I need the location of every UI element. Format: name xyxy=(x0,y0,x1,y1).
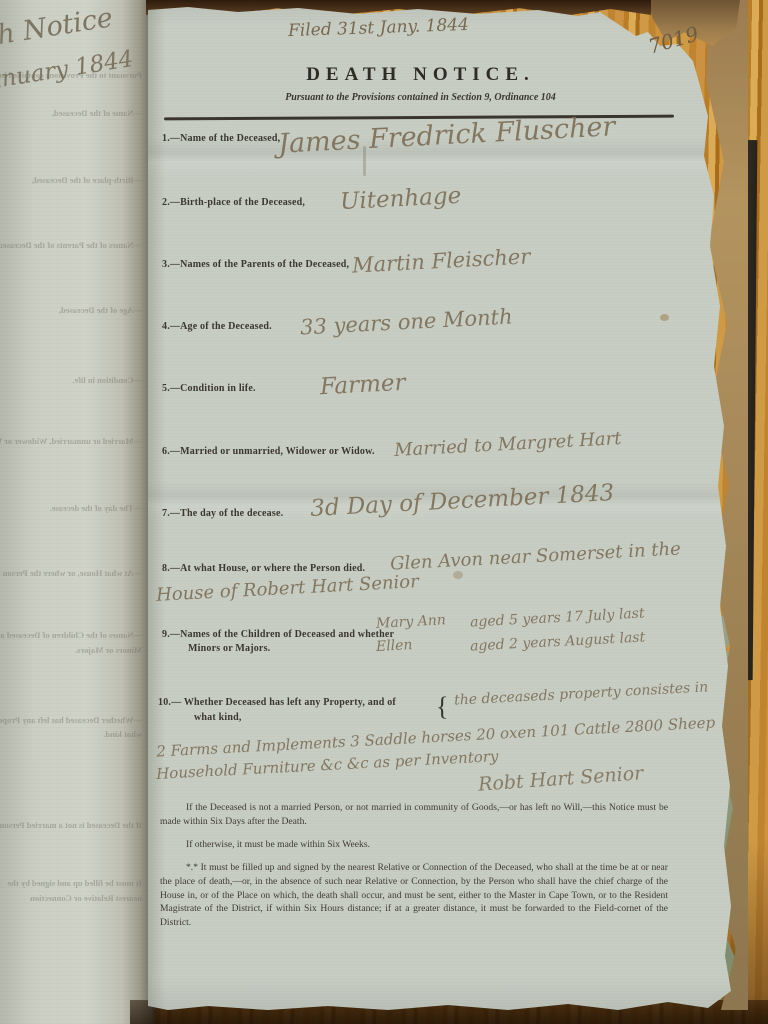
death-notice-page: Filed 31st Jany. 1844 DEATH NOTICE. Purs… xyxy=(148,6,733,1016)
answer-child1-detail: aged 5 years 17 July last xyxy=(470,605,645,630)
field-label-children-1: 9.—Names of the Children of Deceased and… xyxy=(162,629,394,640)
answer-property-1: the deceaseds property consistes in xyxy=(454,679,709,708)
brace-glyph: { xyxy=(436,692,448,722)
left-page-handwritten-title: th Notice xyxy=(0,2,115,53)
ghost-line: nearest Relative or Connection xyxy=(0,893,142,903)
signature: Robt Hart Senior xyxy=(477,762,643,795)
ghost-line: —Names of the Parents of the Deceased, xyxy=(0,240,142,250)
ghost-line: —Names of the Children of Deceased and xyxy=(0,630,142,640)
answer-child1-name: Mary Ann xyxy=(376,612,447,632)
field-label-marital: 6.—Married or unmarried, Widower or Wido… xyxy=(162,446,375,457)
field-label-children-2: Minors or Majors. xyxy=(188,643,270,654)
ghost-line: what kind. xyxy=(0,729,142,739)
ghost-line: —Age of the Deceased, xyxy=(0,305,142,315)
stain-mark xyxy=(660,314,669,321)
answer-condition: Farmer xyxy=(319,370,406,400)
ghost-line: —At what House, or where the Person died… xyxy=(0,568,142,578)
field-label-age: 4.—Age of the Deceased. xyxy=(162,321,272,332)
filed-annotation: Filed 31st Jany. 1844 xyxy=(288,15,470,41)
left-page-handwritten-date: January 1844 xyxy=(0,46,135,96)
answer-age: 33 years one Month xyxy=(300,304,514,339)
ghost-line: It must be filled up and signed by the xyxy=(0,878,142,888)
answer-birthplace: Uitenhage xyxy=(339,183,461,215)
answer-death-place-2: House of Robert Hart Senior xyxy=(156,571,420,606)
printed-footnotes: If the Deceased is not a married Person,… xyxy=(160,801,668,939)
ghost-line: —Birth-place of the Deceased, xyxy=(0,175,142,185)
answer-marital: Married to Margret Hart xyxy=(394,428,622,461)
field-label-death-day: 7.—The day of the decease. xyxy=(162,508,283,519)
field-label-property-2: what kind, xyxy=(194,712,242,723)
field-label-property-1: 10.— Whether Deceased has left any Prope… xyxy=(158,697,396,708)
field-label-name: 1.—Name of the Deceased, xyxy=(162,133,280,144)
stain-mark xyxy=(453,571,463,579)
ghost-line: —Name of the Deceased, xyxy=(0,108,142,118)
answer-parents: Martin Fleischer xyxy=(351,244,530,277)
answer-child2-detail: aged 2 years August last xyxy=(470,629,646,654)
answer-child2-name: Ellen xyxy=(376,637,413,655)
footnote-six-weeks: If otherwise, it must be made within Six… xyxy=(160,838,668,852)
page-title: DEATH NOTICE. xyxy=(148,64,693,86)
footnote-six-days: If the Deceased is not a married Person,… xyxy=(160,801,668,829)
ghost-line: If the Deceased is not a married Person, xyxy=(0,820,142,830)
footnote-instructions: *.* It must be filled up and signed by t… xyxy=(160,861,668,931)
ghost-line: Minors or Majors. xyxy=(0,645,142,655)
page-subtitle: Pursuant to the Provisions contained in … xyxy=(148,92,693,103)
ghost-line: —Condition in life. xyxy=(0,375,142,385)
left-book-page: th Notice January 1844 Pursuant to the P… xyxy=(0,0,156,1024)
ghost-line: —Married or unmarried, Widower or Widow. xyxy=(0,436,142,446)
ghost-line: —Whether Deceased has left any Property, xyxy=(0,715,142,725)
field-label-birthplace: 2.—Birth-place of the Deceased, xyxy=(162,197,305,208)
answer-death-place-1: Glen Avon near Somerset in the xyxy=(390,538,682,574)
field-label-death-place: 8.—At what House, or where the Person di… xyxy=(162,563,365,574)
ghost-line: —The day of the decease. xyxy=(0,503,142,513)
field-label-parents: 3.—Names of the Parents of the Deceased, xyxy=(162,259,349,270)
answer-death-day: 3d Day of December 1843 xyxy=(310,480,615,522)
field-label-condition: 5.—Condition in life. xyxy=(162,383,256,394)
